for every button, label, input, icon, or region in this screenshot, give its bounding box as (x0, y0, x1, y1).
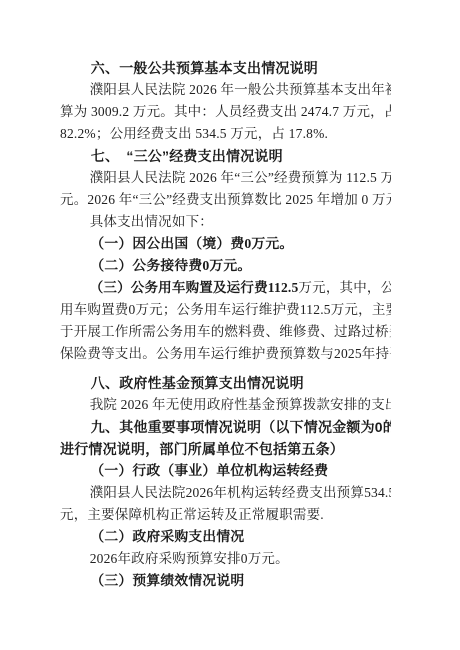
subsection-heading-3-tail: 万元，其中，公务 (298, 280, 391, 295)
paragraph-line: 我院 2026 年无使用政府性基金预算拨款安排的支出. (60, 394, 391, 416)
paragraph-line: 于开展工作所需公务用车的燃料费、维修费、过路过桥费、 (60, 321, 391, 343)
document-page: 六、一般公共预算基本支出情况说明 濮阳县人民法院 2026 年一般公共预算基本支… (0, 0, 460, 650)
subsection-heading-3: （三）预算绩效情况说明 (60, 570, 391, 592)
section-heading-6: 六、一般公共预算基本支出情况说明 (60, 57, 391, 79)
subsection-heading-3: （三）公务用车购置及运行费112.5万元，其中，公务 (60, 277, 391, 299)
subsection-heading-3-bold: （三）公务用车购置及运行费112.5 (90, 280, 299, 295)
paragraph-line: 元。2026 年“三公”经费支出预算数比 2025 年增加 0 万元. (60, 189, 391, 211)
paragraph-line: 具体支出情况如下： (60, 211, 391, 233)
section-heading-8: 八、政府性基金预算支出情况说明 (60, 372, 391, 394)
paragraph-line: 濮阳县人民法院 2026 年“三公”经费预算为 112.5 万 (60, 167, 391, 189)
paragraph-line: 用车购置费0万元；公务用车运行维护费112.5万元，主要用 (60, 299, 391, 321)
document-body-text: 六、一般公共预算基本支出情况说明 濮阳县人民法院 2026 年一般公共预算基本支… (60, 57, 391, 592)
paragraph-line: 濮阳县人民法院2026年机构运转经费支出预算534.5万 (60, 482, 391, 504)
subsection-heading-2: （二）公务接待费0万元。 (60, 255, 391, 277)
paragraph-line: 2026年政府采购预算安排0万元。 (60, 548, 391, 570)
section-heading-9: 九、其他重要事项情况说明（以下情况金额为0的，仍需 (60, 416, 391, 438)
paragraph-line: 保险费等支出。公务用车运行维护费预算数与2025年持平。 (60, 343, 391, 365)
section-heading-9-continued: 进行情况说明，部门所属单位不包括第五条） (60, 438, 391, 460)
paragraph-line: 元，主要保障机构正常运转及正常履职需要. (60, 504, 391, 526)
subsection-heading-2: （二）政府采购支出情况 (60, 526, 391, 548)
subsection-heading-1: （一）行政（事业）单位机构运转经费 (60, 460, 391, 482)
paragraph-line: 82.2%；公用经费支出 534.5 万元，占 17.8%. (60, 123, 391, 145)
paragraph-line: 濮阳县人民法院 2026 年一般公共预算基本支出年初预 (60, 79, 391, 101)
section-heading-7: 七、 “三公”经费支出情况说明 (60, 145, 391, 167)
paragraph-line: 算为 3009.2 万元。其中：人员经费支出 2474.7 万元，占 (60, 101, 391, 123)
subsection-heading-1: （一）因公出国（境）费0万元。 (60, 233, 391, 255)
